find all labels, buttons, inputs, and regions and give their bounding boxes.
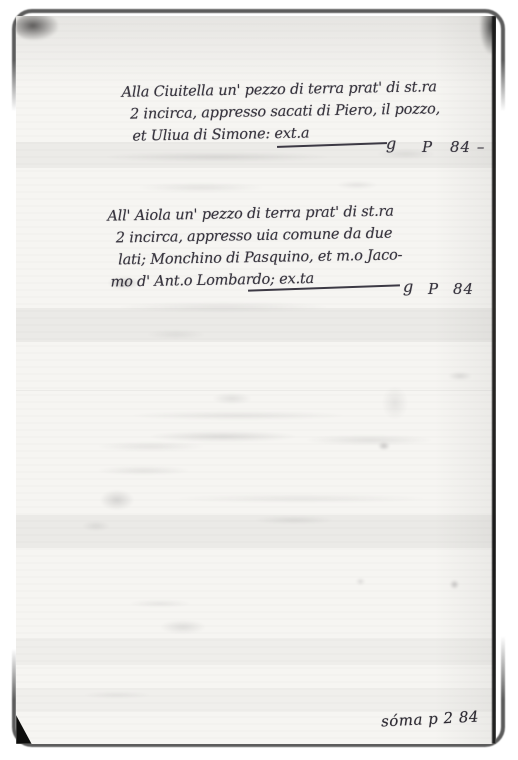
ink-bleedthrough-mark [116, 302, 331, 312]
ink-bleedthrough-mark [448, 372, 472, 380]
ink-bleedthrough-mark [356, 578, 365, 585]
ink-bleedthrough-mark [102, 152, 332, 162]
ink-bleedthrough-mark [382, 386, 408, 420]
paper-crease [16, 390, 496, 391]
ink-bleedthrough-mark [212, 393, 252, 404]
ink-bleedthrough-mark [96, 466, 191, 475]
scan-shade-right [434, 16, 492, 744]
scan-band [16, 638, 496, 665]
amount-value: 84 – [450, 138, 485, 156]
ink-bleedthrough-mark [171, 494, 431, 503]
ink-bleedthrough-mark [160, 620, 206, 634]
ink-bleedthrough-mark [148, 431, 298, 442]
ink-bleedthrough-mark [96, 442, 206, 451]
ink-bleedthrough-mark [128, 600, 192, 607]
scan-band [16, 688, 496, 712]
currency-mark: P [422, 138, 432, 156]
currency-mark: P [428, 280, 438, 298]
abbreviation-mark: g [403, 277, 413, 296]
manuscript-entry-2: All' Aiola un' pezzo di terra prat' di s… [107, 200, 403, 293]
ink-bleedthrough-mark [136, 183, 266, 192]
scan-viewport: Alla Ciuitella un' pezzo di terra prat' … [0, 0, 518, 760]
ink-bleedthrough-mark [82, 521, 110, 531]
abbreviation-mark: g [386, 134, 396, 153]
ink-stain-top-left [16, 16, 58, 40]
ink-bleedthrough-mark [450, 580, 459, 589]
manuscript-page: Alla Ciuitella un' pezzo di terra prat' … [16, 16, 496, 744]
amount-value: 84 [453, 280, 474, 298]
ink-bleedthrough-mark [336, 181, 378, 189]
scan-band [16, 308, 496, 342]
ink-bleedthrough-mark [378, 442, 390, 450]
ink-bleedthrough-mark [82, 692, 152, 698]
ink-bleedthrough-mark [304, 435, 434, 445]
ink-bleedthrough-mark [128, 411, 348, 420]
page-dark-edge [492, 16, 496, 744]
ink-bleedthrough-mark [100, 490, 134, 510]
frame-fade-right [498, 60, 516, 700]
ink-bleedthrough-mark [146, 330, 206, 339]
ink-bleedthrough-mark [254, 516, 334, 524]
